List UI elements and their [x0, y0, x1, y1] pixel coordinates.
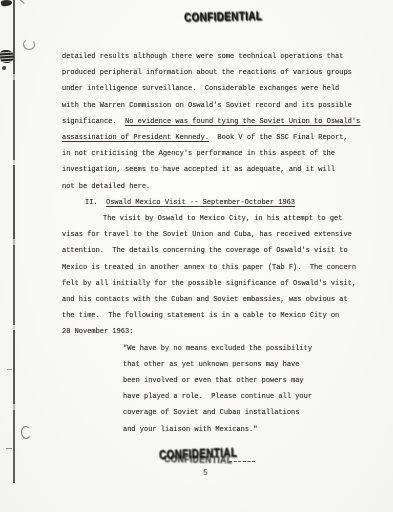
heading-block: II. Oswald Mexico Visit -- September-Oct… — [85, 195, 382, 211]
text-line: investigation, seems to have accepted it… — [62, 162, 382, 178]
text-line: under intelligence surveillance. Conside… — [62, 81, 382, 97]
text-line: coverage of Soviet and Cuban installatio… — [123, 405, 382, 421]
text-line: "We have by no means excluded the possib… — [123, 341, 382, 357]
text-line: and your liaison with Mexicans." — [123, 422, 382, 438]
text-line: been involved or even that other powers … — [123, 373, 382, 389]
scan-artifact-tick — [19, 0, 24, 4]
page-number: 5 — [203, 469, 208, 478]
text-line: that other as yet unknown persons may ha… — [123, 357, 382, 373]
text-line: in not criticising the Agency's performa… — [62, 146, 382, 162]
scan-artifact-tick — [7, 369, 12, 370]
text-line: II. Oswald Mexico Visit -- September-Oct… — [85, 195, 382, 211]
text-line: have played a role. Please continue all … — [123, 389, 382, 405]
scan-artifact-page-edge-line — [13, 0, 15, 483]
confidential-stamp-bottom: CONFIDENTIAL CONFIDENTIAL — [159, 448, 249, 468]
text-line: detailed results although there were som… — [62, 49, 382, 65]
text-line: attention. The details concerning the co… — [62, 243, 382, 259]
text-line: 28 November 1963: — [62, 324, 382, 340]
text-line: assassination of President Kennedy. Book… — [62, 130, 382, 146]
scan-artifact-stamp-smudge — [229, 461, 255, 462]
text-line: visas for travel to the Soviet Union and… — [62, 227, 382, 243]
scan-artifact-handwritten-curve — [20, 426, 31, 440]
confidential-stamp-bottom-ghost: CONFIDENTIAL — [164, 453, 232, 466]
quote-block: "We have by no means excluded the possib… — [123, 341, 382, 438]
text-line: the time. The following statement is in … — [62, 308, 382, 324]
scan-artifact-tick — [6, 448, 12, 449]
text-line: Mexico is treated in another annex to th… — [62, 260, 382, 276]
scan-artifact-dot — [2, 66, 6, 70]
text-line: The visit by Oswald to Mexico City, in h… — [103, 211, 382, 227]
scan-artifact-corner-blob — [1, 0, 13, 7]
scanned-page: CONFIDENTIAL detailed results although t… — [0, 0, 393, 512]
scan-artifact-handwritten-curve — [22, 38, 35, 51]
continuation-block: detailed results although there were som… — [62, 49, 382, 195]
text-line: and his contacts with the Cuban and Sovi… — [62, 292, 382, 308]
document-body: detailed results although there were som… — [62, 49, 382, 438]
text-line: felt by all initially for the possible s… — [62, 276, 382, 292]
paragraph-block: The visit by Oswald to Mexico City, in h… — [62, 211, 382, 341]
text-line: produced peripheral information about th… — [62, 65, 382, 81]
confidential-stamp-top: CONFIDENTIAL — [184, 9, 262, 24]
text-line: significance. No evidence was found tyin… — [62, 114, 382, 130]
text-line: with the Warren Commission on Oswald's S… — [62, 98, 382, 114]
text-line: not be detailed here. — [62, 179, 382, 195]
